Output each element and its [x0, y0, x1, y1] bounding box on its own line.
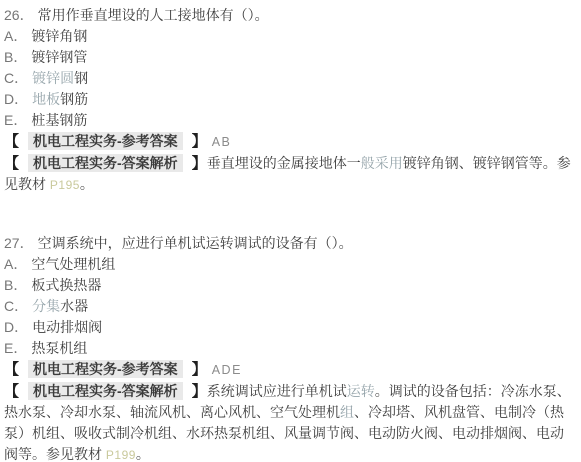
answer-section-label: 机电工程实务-参考答案 [28, 360, 183, 378]
bracket-close: 】 [192, 383, 207, 400]
question-number: 26． [4, 7, 34, 23]
explanation-keyword: 组 [340, 404, 354, 420]
option-text: 钢 [74, 70, 88, 86]
option-text: 钢筋 [60, 91, 88, 107]
bracket-open: 【 [4, 155, 19, 172]
option-text: 桩基钢筋 [31, 112, 87, 128]
question-stem: 空调系统中，应进行单机试运转调试的设备有（）。 [38, 235, 353, 251]
answer-value: ADE [212, 363, 242, 377]
explanation-segment: 。 [80, 176, 94, 192]
bracket-open: 【 [4, 361, 19, 378]
answer-value: AB [212, 135, 232, 149]
option-line: A．空气处理机组 [4, 254, 575, 275]
option-text: 镀锌角钢 [31, 28, 87, 44]
bracket-close: 】 [192, 361, 207, 378]
page-reference: P195 [50, 178, 80, 192]
option-letter: B． [4, 49, 27, 65]
option-letter: A． [4, 28, 27, 44]
bracket-close: 】 [192, 133, 207, 150]
option-keyword: 地板 [32, 91, 60, 107]
option-letter: B． [4, 277, 27, 293]
option-letter: E． [4, 112, 27, 128]
answer-line: 【机电工程实务-参考答案】ADE [4, 359, 575, 381]
question-block: 26．常用作垂直埋设的人工接地体有（）。 A．镀锌角钢 B．镀锌钢管 C．镀锌圆… [4, 5, 575, 196]
option-text: 水器 [60, 298, 88, 314]
option-keyword: 分集 [32, 298, 60, 314]
explanation-segment: 。 [136, 446, 150, 462]
answer-section-label: 机电工程实务-参考答案 [28, 132, 183, 150]
bracket-open: 【 [4, 133, 19, 150]
explanation-line: 【机电工程实务-答案解析】垂直埋设的金属接地体一般采用镀锌角钢、镀锌钢管等。参见… [4, 153, 575, 196]
option-text: 空气处理机组 [31, 256, 115, 272]
explanation-keyword: 运转 [347, 383, 375, 399]
option-line: C．分集水器 [4, 296, 575, 317]
option-line: D．电动排烟阀 [4, 317, 575, 338]
option-line: E．桩基钢筋 [4, 110, 575, 131]
option-letter: A． [4, 256, 27, 272]
explanation-section-label: 机电工程实务-答案解析 [28, 154, 183, 172]
bracket-open: 【 [4, 383, 19, 400]
question-line: 26．常用作垂直埋设的人工接地体有（）。 [4, 5, 575, 26]
explanation-keyword: 般采用 [361, 155, 403, 171]
explanation-line: 【机电工程实务-答案解析】系统调试应进行单机试运转。调试的设备包括：冷冻水泵、热… [4, 381, 575, 462]
option-keyword: 镀锌圆 [32, 70, 74, 86]
explanation-segment: 垂直埋设的金属接地体一 [207, 155, 361, 171]
option-text: 板式换热器 [31, 277, 101, 293]
option-line: D．地板钢筋 [4, 89, 575, 110]
option-line: A．镀锌角钢 [4, 26, 575, 47]
option-line: E．热泵机组 [4, 338, 575, 359]
option-text: 热泵机组 [31, 340, 87, 356]
explanation-segment: 系统调试应进行单机试 [207, 383, 347, 399]
question-block: 27．空调系统中，应进行单机试运转调试的设备有（）。 A．空气处理机组 B．板式… [4, 233, 575, 462]
option-letter: D． [4, 91, 28, 107]
option-letter: D． [4, 319, 28, 335]
bracket-close: 】 [192, 155, 207, 172]
option-letter: E． [4, 340, 27, 356]
option-line: B．板式换热器 [4, 275, 575, 296]
option-line: C．镀锌圆钢 [4, 68, 575, 89]
document-page: 26．常用作垂直埋设的人工接地体有（）。 A．镀锌角钢 B．镀锌钢管 C．镀锌圆… [0, 0, 581, 462]
option-text: 镀锌钢管 [31, 49, 87, 65]
option-line: B．镀锌钢管 [4, 47, 575, 68]
question-line: 27．空调系统中，应进行单机试运转调试的设备有（）。 [4, 233, 575, 254]
question-number: 27． [4, 235, 34, 251]
question-stem: 常用作垂直埋设的人工接地体有（）。 [38, 7, 269, 23]
option-text: 电动排烟阀 [32, 319, 102, 335]
explanation-section-label: 机电工程实务-答案解析 [28, 382, 183, 400]
option-letter: C． [4, 298, 28, 314]
answer-line: 【机电工程实务-参考答案】AB [4, 131, 575, 153]
option-letter: C． [4, 70, 28, 86]
page-reference: P199 [106, 448, 136, 462]
